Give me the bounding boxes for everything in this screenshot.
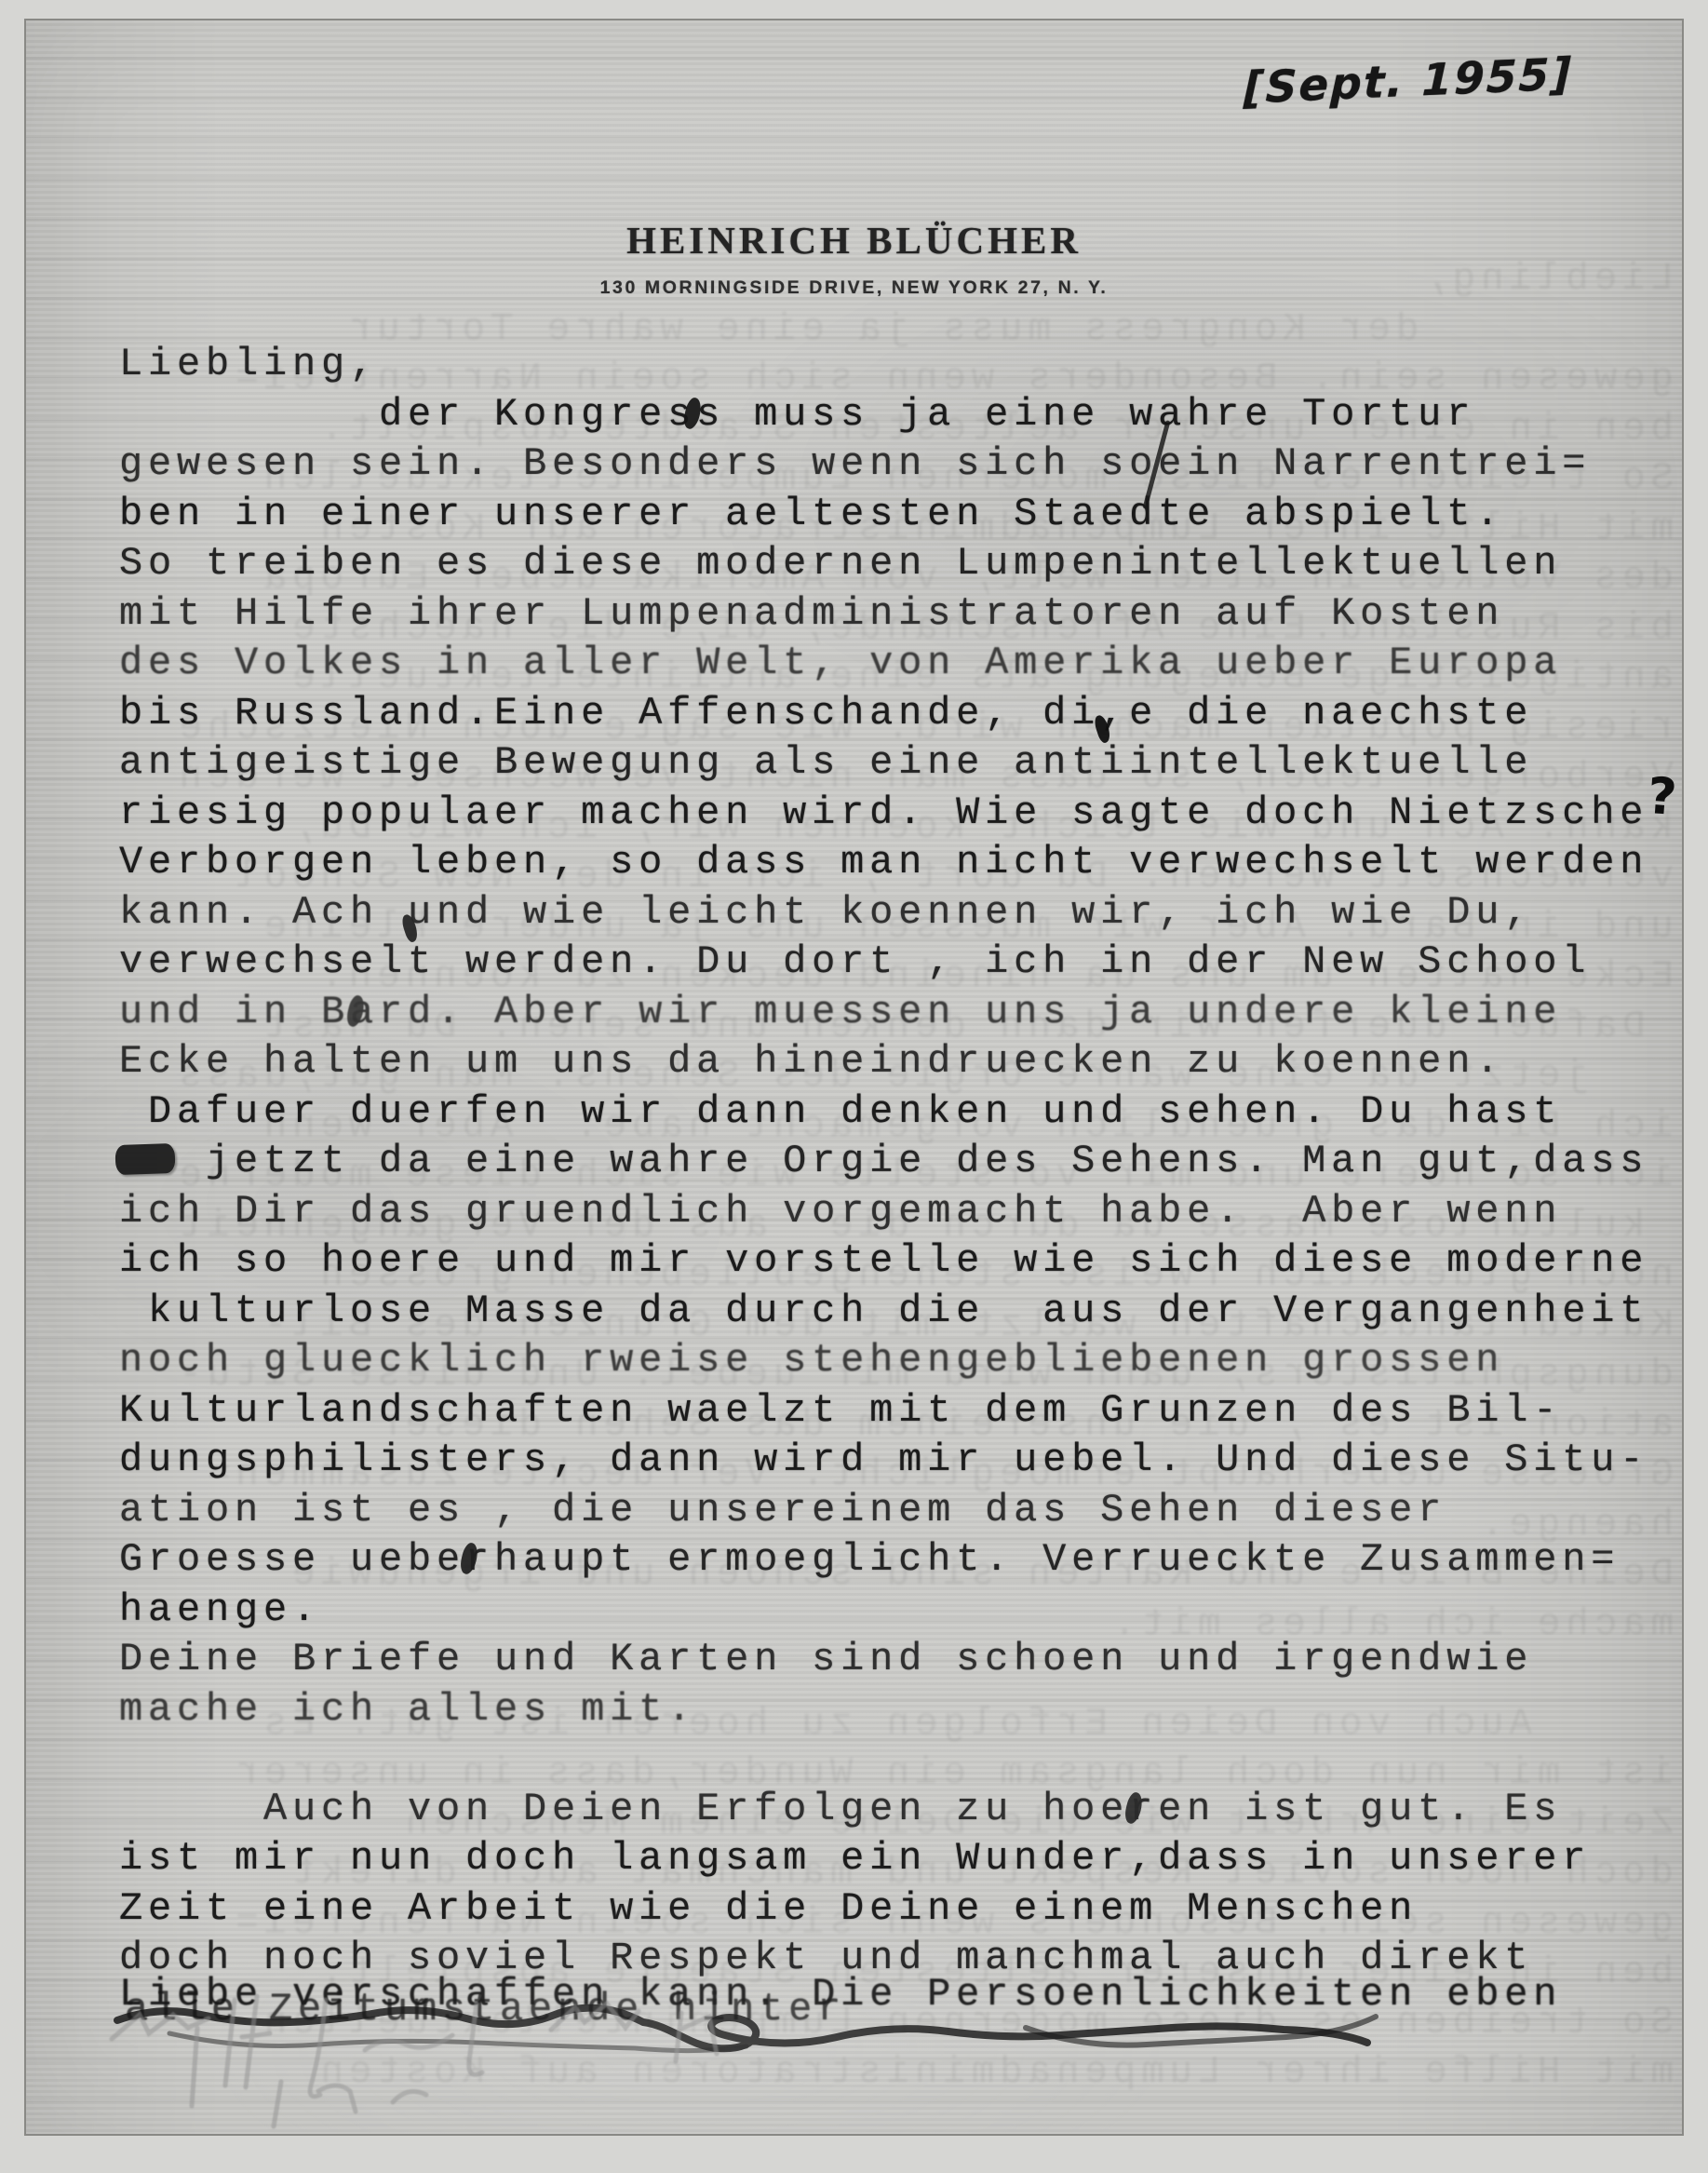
letter-line: noch gluecklich rweise stehengebliebenen…	[119, 1336, 1683, 1386]
handwritten-mark-blob	[1123, 1790, 1145, 1825]
letter-line: mit Hilfe ihrer Lumpenadministratoren au…	[119, 589, 1683, 640]
letter-line: mache ich alles mit.	[119, 1685, 1683, 1735]
letter-line: ben in einer unserer aeltesten Staedte a…	[119, 490, 1683, 540]
letter-line: jetzt da eine wahre Orgie des Sehens. Ma…	[119, 1137, 1683, 1187]
letter-line: ich Dir das gruendlich vorgemacht habe. …	[119, 1187, 1683, 1237]
letter-line: ich so hoere und mir vorstelle wie sich …	[119, 1236, 1683, 1287]
letter-line: Auch von Deien Erfolgen zu hoeren ist gu…	[119, 1785, 1683, 1835]
letter-line: Deine Briefe und Karten sind schoen und …	[119, 1635, 1683, 1685]
letter-line: Verborgen leben, so dass man nicht verwe…	[119, 838, 1683, 888]
letter-line: kulturlose Masse da durch die aus der Ve…	[119, 1287, 1683, 1337]
letter-line: antigeistige Bewegung als eine antiintel…	[119, 738, 1683, 789]
scanned-letter: Liebling, der Kongress muss ja eine wahr…	[0, 0, 1708, 2173]
letter-line: riesig populaer machen wird. Wie sagte d…	[119, 789, 1683, 839]
letter-line: Dafuer duerfen wir dann denken und sehen…	[119, 1087, 1683, 1138]
letter-line: dungsphilisters, dann wird mir uebel. Un…	[119, 1436, 1683, 1486]
letter-page: Liebling, der Kongress muss ja eine wahr…	[26, 20, 1682, 2134]
handwritten-mark-blot	[114, 1143, 175, 1175]
letter-line: Kulturlandschaften waelzt mit dem Grunze…	[119, 1386, 1683, 1437]
letter-line: des Volkes in aller Welt, von Amerika ue…	[119, 639, 1683, 689]
handwritten-mark-question: ?	[1646, 770, 1678, 822]
letter-line: haenge.	[119, 1586, 1683, 1636]
letter-line: Ecke halten um uns da hineindruecken zu …	[119, 1037, 1683, 1087]
letter-line: bis Russland.Eine Affenschande, di,e die…	[119, 689, 1683, 739]
letter-line: der Kongress muss ja eine wahre Tortur	[119, 390, 1683, 440]
letter-line: gewesen sein. Besonders wenn sich soein …	[119, 439, 1683, 490]
letter-line: ation ist es , die unsereinem das Sehen …	[119, 1486, 1683, 1536]
letter-body: Liebling, der Kongress muss ja eine wahr…	[119, 340, 1683, 1984]
letter-line	[119, 1734, 1683, 1785]
letter-line: Liebling,	[119, 340, 1683, 390]
letter-line: ist mir nun doch langsam ein Wunder,dass…	[119, 1834, 1683, 1884]
letter-line: kann. Ach und wie leicht koennen wir, ic…	[119, 888, 1683, 938]
letter-line: Groesse ueberhaupt ermoeglicht. Verrueck…	[119, 1535, 1683, 1586]
handwritten-mark-blob	[344, 993, 367, 1028]
handwritten-date: [Sept. 1955]	[1243, 48, 1573, 115]
handwritten-mark-blob	[458, 1542, 480, 1576]
letter-line: Zeit eine Arbeit wie die Deine einem Men…	[119, 1884, 1683, 1935]
letter-line: So treiben es diese modernen Lumpenintel…	[119, 539, 1683, 589]
letter-line: und in Bard. Aber wir muessen uns ja und…	[119, 988, 1683, 1038]
letterhead-address: 130 MORNINGSIDE DRIVE, NEW YORK 27, N. Y…	[26, 277, 1682, 299]
letter-line: verwechselt werden. Du dort , ich in der…	[119, 938, 1683, 988]
handwritten-mark-blob	[681, 396, 704, 430]
letterhead-name: HEINRICH BLÜCHER	[26, 218, 1682, 263]
pencil-scribble	[86, 1972, 998, 2149]
